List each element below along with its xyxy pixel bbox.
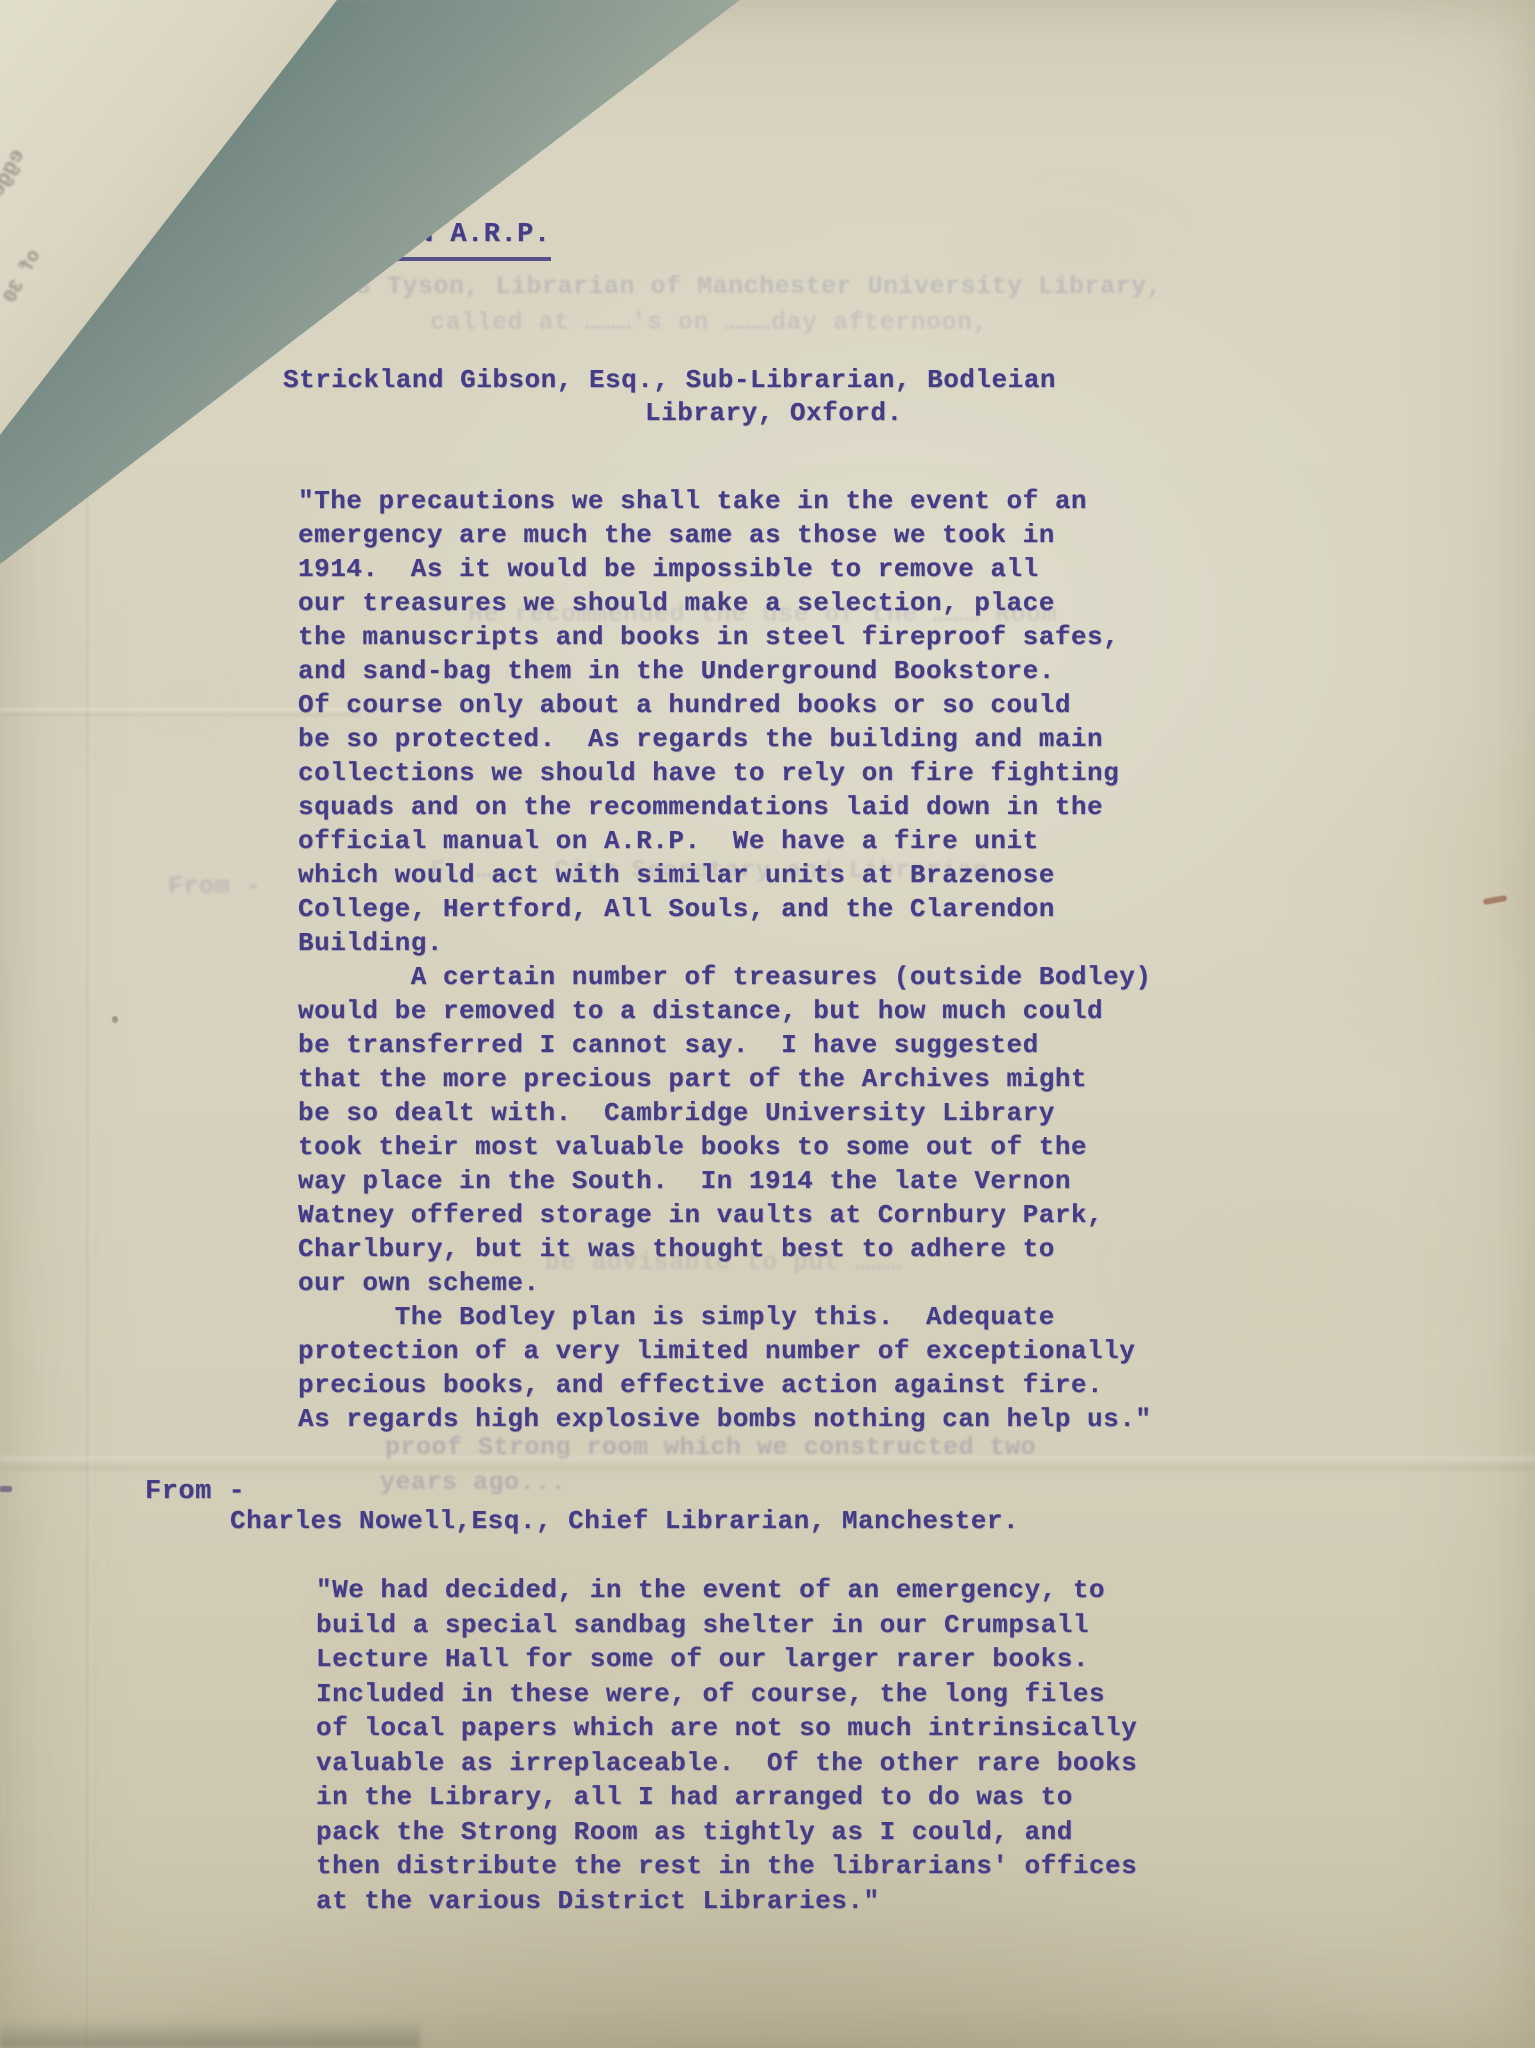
typed-line: which would act with similar units at Br… — [298, 858, 1151, 892]
typed-line: pack the Strong Room as tightly as I cou… — [316, 1815, 1137, 1850]
typed-line: be transferred I cannot say. I have sugg… — [298, 1028, 1151, 1062]
bottom-edge-shadow — [0, 2020, 420, 2048]
typed-line: 1914. As it would be impossible to remov… — [298, 552, 1151, 586]
typed-line: Building. — [298, 926, 1151, 960]
typed-line: that the more precious part of the Archi… — [298, 1062, 1151, 1096]
typed-line: As regards high explosive bombs nothing … — [298, 1402, 1151, 1436]
sender-name-1-continued: Library, Oxford. — [645, 398, 903, 428]
typed-line: would be removed to a distance, but how … — [298, 994, 1151, 1028]
sender-name-2: Charles Nowell,Esq., Chief Librarian, Ma… — [230, 1506, 1019, 1536]
typed-line: Of course only about a hundred books or … — [298, 688, 1151, 722]
vertical-crease — [86, 250, 91, 2048]
bleedthrough-line: From - — [168, 872, 261, 901]
typed-line: squads and on the recommendations laid d… — [298, 790, 1151, 824]
typed-line: of local papers which are not so much in… — [316, 1711, 1137, 1746]
typed-line: A certain number of treasures (outside B… — [298, 960, 1151, 994]
typed-line: and sand-bag them in the Underground Boo… — [298, 654, 1151, 688]
typed-line: valuable as irreplaceable. Of the other … — [316, 1746, 1137, 1781]
typed-line: precious books, and effective action aga… — [298, 1368, 1151, 1402]
typed-line: "The precautions we shall take in the ev… — [298, 484, 1151, 518]
typed-line: Watney offered storage in vaults at Corn… — [298, 1198, 1151, 1232]
sender-name-1: Strickland Gibson, Esq., Sub-Librarian, … — [283, 365, 1056, 395]
red-pencil-mark — [1483, 895, 1508, 905]
folded-corner-ghost-text: of 30 — [0, 246, 45, 307]
typed-line: emergency are much the same as those we … — [298, 518, 1151, 552]
typed-line: build a special sandbag shelter in our C… — [316, 1608, 1137, 1643]
typed-line: at the various District Libraries." — [316, 1884, 1137, 1919]
bleedthrough-line: proof Strong room which we constructed t… — [385, 1433, 1036, 1462]
typed-line: be so dealt with. Cambridge University L… — [298, 1096, 1151, 1130]
typed-line: College, Hertford, All Souls, and the Cl… — [298, 892, 1151, 926]
typed-line: be so protected. As regards the building… — [298, 722, 1151, 756]
paper-speck — [112, 1016, 118, 1023]
typed-line: collections we should have to rely on fi… — [298, 756, 1151, 790]
bleedthrough-line: years ago... — [380, 1468, 566, 1497]
typed-line: Included in these were, of course, the l… — [316, 1677, 1137, 1712]
typed-line: our own scheme. — [298, 1266, 1151, 1300]
bleedthrough-line: called at ………'s on ………day afternoon, — [430, 308, 988, 337]
typed-line: took their most valuable books to some o… — [298, 1130, 1151, 1164]
document-photo: Mr. Moses Tyson, Librarian of Manchester… — [0, 0, 1535, 2048]
typed-line: then distribute the rest in the libraria… — [316, 1849, 1137, 1884]
extract-2-text: "We had decided, in the event of an emer… — [316, 1573, 1137, 1918]
typed-line: "We had decided, in the event of an emer… — [316, 1573, 1137, 1608]
ink-speck — [0, 1486, 12, 1492]
typed-line: The Bodley plan is simply this. Adequate — [298, 1300, 1151, 1334]
typed-line: protection of a very limited number of e… — [298, 1334, 1151, 1368]
typed-line: our treasures we should make a selection… — [298, 586, 1151, 620]
extract-1-text: "The precautions we shall take in the ev… — [298, 484, 1151, 1436]
typed-line: in the Library, all I had arranged to do… — [316, 1780, 1137, 1815]
typed-line: the manuscripts and books in steel firep… — [298, 620, 1151, 654]
typed-line: Charlbury, but it was thought best to ad… — [298, 1232, 1151, 1266]
typed-line: way place in the South. In 1914 the late… — [298, 1164, 1151, 1198]
from-label-2: From - — [145, 1477, 245, 1507]
typed-line: official manual on A.R.P. We have a fire… — [298, 824, 1151, 858]
typed-line: Lecture Hall for some of our larger rare… — [316, 1642, 1137, 1677]
